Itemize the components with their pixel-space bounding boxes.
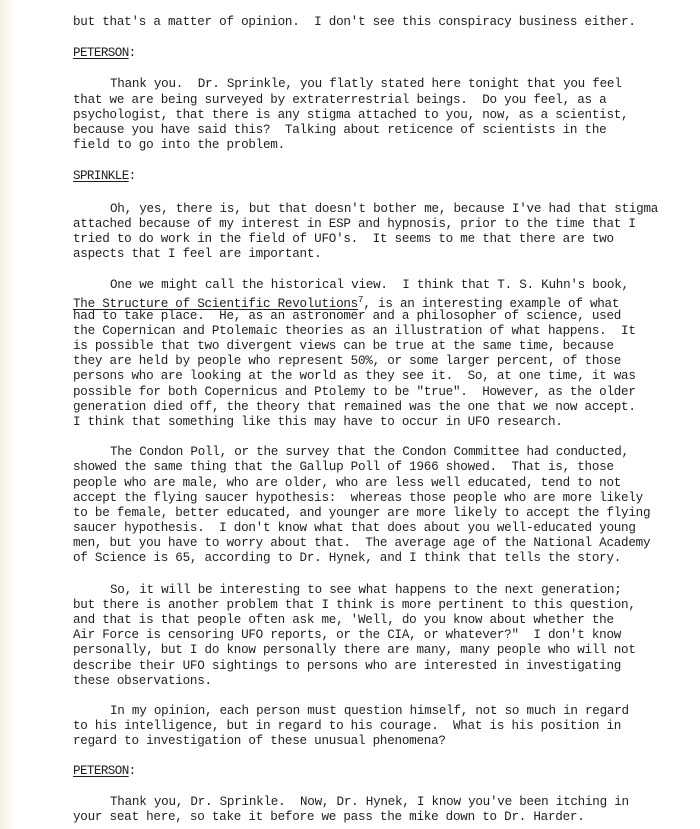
speaker-name: PETERSON	[73, 46, 129, 60]
speaker-name: PETERSON	[73, 764, 129, 778]
text-line: personally, but I do know personally the…	[73, 643, 673, 658]
text-line: regard to investigation of these unusual…	[73, 734, 673, 749]
text-line: men, but you have to worry about that. T…	[73, 536, 673, 551]
text-line: So, it will be interesting to see what h…	[73, 583, 673, 598]
text-line: your seat here, so take it before we pas…	[73, 810, 673, 825]
spacer	[73, 750, 673, 764]
speaker-colon: :	[129, 46, 136, 60]
text-line: people who are male, who are older, who …	[73, 476, 673, 491]
text-line: is possible that two divergent views can…	[73, 339, 673, 354]
text-line: generation died off, the theory that rem…	[73, 400, 673, 415]
paragraph: One we might call the historical view. I…	[73, 278, 673, 430]
text-line: The Condon Poll, or the survey that the …	[73, 445, 673, 460]
spacer	[73, 185, 673, 202]
speaker-name: SPRINKLE	[73, 169, 129, 183]
opening-line: but that's a matter of opinion. I don't …	[73, 15, 673, 30]
paragraph: So, it will be interesting to see what h…	[73, 583, 673, 689]
text-line: aspects that I feel are important.	[73, 247, 673, 262]
text-line: showed the same thing that the Gallup Po…	[73, 460, 673, 475]
speaker-colon: :	[129, 764, 136, 778]
page-edge-shading	[0, 0, 16, 829]
spacer	[73, 30, 673, 46]
text-line: possible for both Copernicus and Ptolemy…	[73, 385, 673, 400]
text-line: In my opinion, each person must question…	[73, 704, 673, 719]
paragraph: The Condon Poll, or the survey that the …	[73, 445, 673, 567]
text-line: I think that something like this may hav…	[73, 415, 673, 430]
text-line: Thank you. Dr. Sprinkle, you flatly stat…	[73, 77, 673, 92]
text-line: Thank you, Dr. Sprinkle. Now, Dr. Hynek,…	[73, 795, 673, 810]
text-line: had to take place. He, as an astronomer …	[73, 309, 673, 324]
text-line: of Science is 65, according to Dr. Hynek…	[73, 551, 673, 566]
speaker-colon: :	[129, 169, 136, 183]
text-line: Air Force is censoring UFO reports, or t…	[73, 628, 673, 643]
text-line: One we might call the historical view. I…	[73, 278, 673, 293]
spacer	[73, 689, 673, 704]
transcript-page: but that's a matter of opinion. I don't …	[73, 0, 673, 825]
text-line: accept the flying saucer hypothesis: whe…	[73, 491, 673, 506]
text-line: and that is that people often ask me, 'W…	[73, 613, 673, 628]
text-line: describe their UFO sightings to persons …	[73, 659, 673, 674]
text-line: they are held by people who represent 50…	[73, 354, 673, 369]
text-line: to his intelligence, but in regard to hi…	[73, 719, 673, 734]
spacer	[73, 430, 673, 445]
text-line: because you have said this? Talking abou…	[73, 123, 673, 138]
text-line: Oh, yes, there is, but that doesn't both…	[73, 202, 673, 217]
spacer	[73, 61, 673, 77]
footnote-marker: 7	[358, 295, 363, 305]
text-line: persons who are looking at the world as …	[73, 369, 673, 384]
speaker-label: PETERSON:	[73, 46, 673, 61]
spacer	[73, 262, 673, 278]
text-line: attached because of my interest in ESP a…	[73, 217, 673, 232]
text-line: the Copernican and Ptolemaic theories as…	[73, 324, 673, 339]
text-line: that we are being surveyed by extraterre…	[73, 93, 673, 108]
text-line: field to go into the problem.	[73, 138, 673, 153]
text-line: to be female, better educated, and young…	[73, 506, 673, 521]
paragraph: Thank you. Dr. Sprinkle, you flatly stat…	[73, 77, 673, 153]
speaker-label: PETERSON:	[73, 764, 673, 779]
paragraph: Oh, yes, there is, but that doesn't both…	[73, 202, 673, 263]
text-line: The Structure of Scientific Revolutions7…	[73, 293, 673, 308]
paragraph: In my opinion, each person must question…	[73, 704, 673, 750]
text-line: saucer hypothesis. I don't know what tha…	[73, 521, 673, 536]
text-line: these observations.	[73, 674, 673, 689]
paragraph: Thank you, Dr. Sprinkle. Now, Dr. Hynek,…	[73, 795, 673, 825]
speaker-label: SPRINKLE:	[73, 169, 673, 184]
text-line: tried to do work in the field of UFO's. …	[73, 232, 673, 247]
spacer	[73, 779, 673, 795]
text-line: but there is another problem that I thin…	[73, 598, 673, 613]
spacer	[73, 567, 673, 583]
text-line: psychologist, that there is any stigma a…	[73, 108, 673, 123]
spacer	[73, 153, 673, 169]
transcript-blocks: PETERSON:Thank you. Dr. Sprinkle, you fl…	[73, 30, 673, 825]
